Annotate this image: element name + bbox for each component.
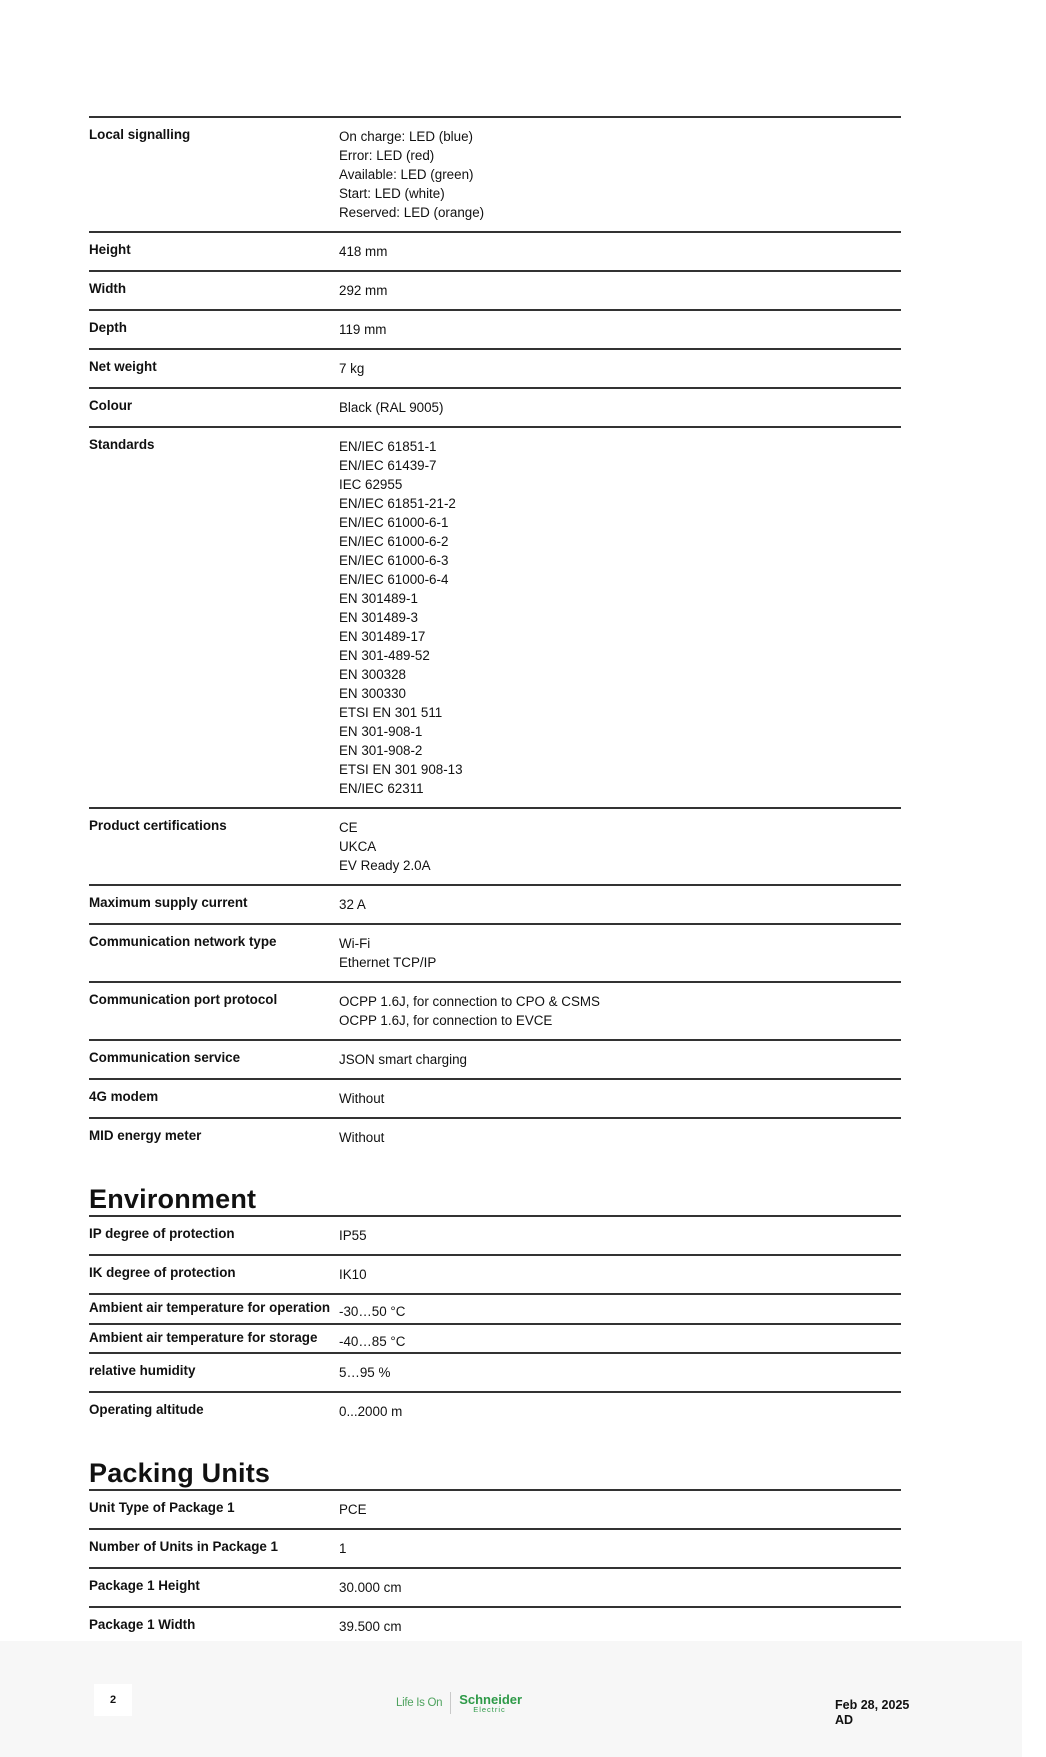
spec-value-line: EN/IEC 61000-6-2 — [339, 532, 463, 551]
tagline: Life Is On — [396, 1697, 442, 1709]
spec-row: 4G modemWithout — [89, 1078, 901, 1117]
spec-value: OCPP 1.6J, for connection to CPO & CSMSO… — [339, 990, 600, 1030]
spec-value: 1 — [339, 1537, 346, 1558]
spec-value-line: EN/IEC 61851-21-2 — [339, 494, 463, 513]
spec-table: IP degree of protectionIP55IK degree of … — [89, 1215, 901, 1430]
spec-row: StandardsEN/IEC 61851-1EN/IEC 61439-7IEC… — [89, 426, 901, 807]
spec-row: Ambient air temperature for operation-30… — [89, 1293, 901, 1323]
spec-value-line: EN 301-489-52 — [339, 646, 463, 665]
spec-row: Operating altitude0...2000 m — [89, 1391, 901, 1430]
spec-value-line: EN 301489-1 — [339, 589, 463, 608]
spec-value: Without — [339, 1126, 384, 1147]
spec-value-line: Wi-Fi — [339, 934, 436, 953]
spec-row: Ambient air temperature for storage-40…8… — [89, 1323, 901, 1353]
spec-value-line: EN/IEC 62311 — [339, 779, 463, 798]
spec-label: IK degree of protection — [89, 1263, 339, 1284]
spec-value: Black (RAL 9005) — [339, 396, 443, 417]
spec-value: Without — [339, 1087, 384, 1108]
spec-row: Communication serviceJSON smart charging — [89, 1039, 901, 1078]
spec-value-line: Ethernet TCP/IP — [339, 953, 436, 972]
spec-value-line: EV Ready 2.0A — [339, 856, 431, 875]
spec-row: Package 1 Width39.500 cm — [89, 1606, 901, 1645]
spec-value-line: 418 mm — [339, 242, 387, 261]
spec-value-line: EN 301489-17 — [339, 627, 463, 646]
spec-label: Ambient air temperature for operation — [89, 1300, 339, 1321]
spec-value: JSON smart charging — [339, 1048, 467, 1069]
spec-value-line: 292 mm — [339, 281, 387, 300]
spec-value-line: PCE — [339, 1500, 367, 1519]
spec-value-line: EN/IEC 61000-6-4 — [339, 570, 463, 589]
spec-value: 39.500 cm — [339, 1615, 402, 1636]
spec-table: Local signallingOn charge: LED (blue)Err… — [89, 116, 901, 1156]
logo-divider — [450, 1692, 451, 1714]
spec-value-line: ETSI EN 301 511 — [339, 703, 463, 722]
spec-value-line: IK10 — [339, 1265, 367, 1284]
spec-row: ColourBlack (RAL 9005) — [89, 387, 901, 426]
spec-value-line: EN/IEC 61851-1 — [339, 437, 463, 456]
page-number: 2 — [94, 1684, 132, 1716]
spec-value-line: EN 301-908-2 — [339, 741, 463, 760]
spec-label: Operating altitude — [89, 1400, 339, 1421]
spec-value-line: 32 A — [339, 895, 366, 914]
spec-row: Communication network typeWi-FiEthernet … — [89, 923, 901, 981]
spec-label: IP degree of protection — [89, 1224, 339, 1245]
spec-label: Net weight — [89, 357, 339, 378]
spec-value-line: IEC 62955 — [339, 475, 463, 494]
spec-value-line: EN 301489-3 — [339, 608, 463, 627]
spec-value-line: EN 300328 — [339, 665, 463, 684]
spec-document: Local signallingOn charge: LED (blue)Err… — [89, 116, 901, 1645]
spec-row: Maximum supply current32 A — [89, 884, 901, 923]
spec-label: Communication network type — [89, 932, 339, 972]
spec-row: MID energy meterWithout — [89, 1117, 901, 1156]
spec-label: Package 1 Height — [89, 1576, 339, 1597]
spec-row: Number of Units in Package 11 — [89, 1528, 901, 1567]
spec-value-line: Without — [339, 1128, 384, 1147]
spec-label: Product certifications — [89, 816, 339, 875]
spec-value-line: Error: LED (red) — [339, 146, 484, 165]
spec-value: 0...2000 m — [339, 1400, 402, 1421]
spec-value: 5…95 % — [339, 1361, 390, 1382]
spec-row: Local signallingOn charge: LED (blue)Err… — [89, 116, 901, 231]
spec-value-line: -30…50 °C — [339, 1304, 405, 1321]
spec-label: Maximum supply current — [89, 893, 339, 914]
spec-value: CEUKCAEV Ready 2.0A — [339, 816, 431, 875]
spec-value-line: 30.000 cm — [339, 1578, 402, 1597]
spec-value: IP55 — [339, 1224, 367, 1245]
spec-value-line: Start: LED (white) — [339, 184, 484, 203]
spec-label: Height — [89, 240, 339, 261]
spec-value: 292 mm — [339, 279, 387, 300]
spec-row: Net weight7 kg — [89, 348, 901, 387]
section-heading: Environment — [89, 1184, 901, 1214]
spec-value: -40…85 °C — [339, 1330, 405, 1351]
spec-value-line: On charge: LED (blue) — [339, 127, 484, 146]
spec-value: -30…50 °C — [339, 1300, 405, 1321]
document-date: Feb 28, 2025 AD — [835, 1698, 909, 1728]
spec-value: PCE — [339, 1498, 367, 1519]
spec-value-line: JSON smart charging — [339, 1050, 467, 1069]
spec-value-line: EN/IEC 61000-6-1 — [339, 513, 463, 532]
spec-value-line: 119 mm — [339, 320, 386, 339]
spec-value-line: 5…95 % — [339, 1363, 390, 1382]
spec-value: 7 kg — [339, 357, 364, 378]
spec-value-line: Without — [339, 1089, 384, 1108]
spec-value-line: EN/IEC 61000-6-3 — [339, 551, 463, 570]
spec-label: relative humidity — [89, 1361, 339, 1382]
spec-value-line: 7 kg — [339, 359, 364, 378]
spec-value-line: Available: LED (green) — [339, 165, 484, 184]
spec-label: Local signalling — [89, 125, 339, 222]
spec-value: 418 mm — [339, 240, 387, 261]
spec-value: IK10 — [339, 1263, 367, 1284]
spec-row: IP degree of protectionIP55 — [89, 1215, 901, 1254]
spec-value: Wi-FiEthernet TCP/IP — [339, 932, 436, 972]
spec-value-line: UKCA — [339, 837, 431, 856]
spec-row: Unit Type of Package 1PCE — [89, 1489, 901, 1528]
spec-value-line: EN 301-908-1 — [339, 722, 463, 741]
spec-label: Package 1 Width — [89, 1615, 339, 1636]
spec-value: 32 A — [339, 893, 366, 914]
spec-label: Colour — [89, 396, 339, 417]
spec-row: Communication port protocolOCPP 1.6J, fo… — [89, 981, 901, 1039]
spec-label: Number of Units in Package 1 — [89, 1537, 339, 1558]
brand-logo: Life Is On Schneider Electric — [396, 1691, 522, 1715]
spec-value-line: CE — [339, 818, 431, 837]
spec-value-line: OCPP 1.6J, for connection to CPO & CSMS — [339, 992, 600, 1011]
spec-value: On charge: LED (blue)Error: LED (red)Ava… — [339, 125, 484, 222]
spec-value-line: 1 — [339, 1539, 346, 1558]
spec-row: Package 1 Height30.000 cm — [89, 1567, 901, 1606]
spec-table: Unit Type of Package 1PCENumber of Units… — [89, 1489, 901, 1645]
spec-row: Width292 mm — [89, 270, 901, 309]
spec-row: Depth119 mm — [89, 309, 901, 348]
spec-value: 119 mm — [339, 318, 386, 339]
spec-label: MID energy meter — [89, 1126, 339, 1147]
spec-label: Standards — [89, 435, 339, 798]
spec-label: Communication service — [89, 1048, 339, 1069]
spec-value-line: EN/IEC 61439-7 — [339, 456, 463, 475]
spec-value-line: IP55 — [339, 1226, 367, 1245]
spec-value: 30.000 cm — [339, 1576, 402, 1597]
spec-row: relative humidity5…95 % — [89, 1352, 901, 1391]
spec-row: Height418 mm — [89, 231, 901, 270]
section-heading: Packing Units — [89, 1458, 901, 1488]
spec-value-line: 0...2000 m — [339, 1402, 402, 1421]
spec-value-line: ETSI EN 301 908-13 — [339, 760, 463, 779]
spec-row: Product certificationsCEUKCAEV Ready 2.0… — [89, 807, 901, 884]
spec-label: Depth — [89, 318, 339, 339]
spec-value-line: EN 300330 — [339, 684, 463, 703]
spec-value-line: Black (RAL 9005) — [339, 398, 443, 417]
spec-label: Communication port protocol — [89, 990, 339, 1030]
spec-value-line: -40…85 °C — [339, 1334, 405, 1351]
spec-value: EN/IEC 61851-1EN/IEC 61439-7IEC 62955EN/… — [339, 435, 463, 798]
spec-label: 4G modem — [89, 1087, 339, 1108]
spec-value-line: OCPP 1.6J, for connection to EVCE — [339, 1011, 600, 1030]
schneider-logo-icon: Schneider Electric — [459, 1693, 522, 1714]
page-footer: 2 Life Is On Schneider Electric Feb 28, … — [0, 1641, 1022, 1757]
spec-value-line: Reserved: LED (orange) — [339, 203, 484, 222]
spec-label: Unit Type of Package 1 — [89, 1498, 339, 1519]
spec-row: IK degree of protectionIK10 — [89, 1254, 901, 1293]
spec-label: Ambient air temperature for storage — [89, 1330, 339, 1351]
spec-label: Width — [89, 279, 339, 300]
spec-value-line: 39.500 cm — [339, 1617, 402, 1636]
